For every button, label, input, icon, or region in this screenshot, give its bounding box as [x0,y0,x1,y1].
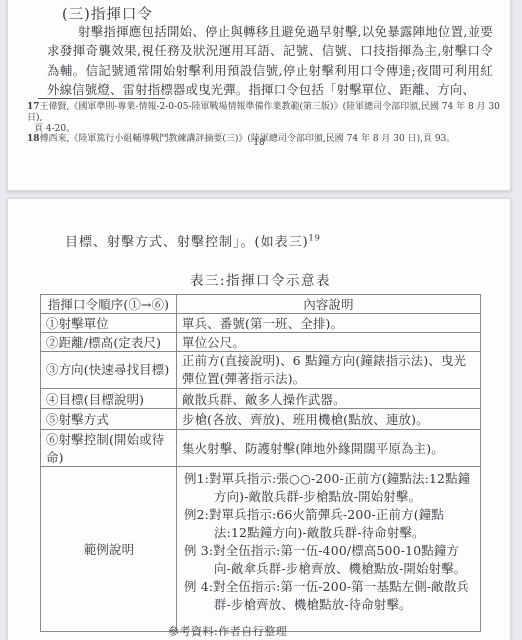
example-3: 例 3:對全伍指示:第一伍-400/標高500-10點鐘方向-敵傘兵群-步槍齊放… [184,542,476,578]
cell-order-4: ④目標(目標說明) [41,389,177,409]
command-sequence-table: 指揮口令順序(①→⑥) 內容說明 ①射擊單位 單兵、番號(第一班、全排)。 ②距… [40,294,481,632]
cell-desc-1: 單兵、番號(第一班、全排)。 [177,314,481,333]
cell-desc-6: 集火射擊、防護射擊(陣地外緣開闊平原為主)。 [177,430,481,467]
example-4: 例 4:對全伍指示:第一伍-200-第一基點左側-敵散兵群-步槍齊放、機槍點放-… [184,578,476,614]
footnote-17: 17王偉賢,《國軍準則-專業-情報-2-0-05-陸軍戰場情報準備作業教範(第三… [27,102,511,124]
cell-order-5: ⑤射擊方式 [41,409,177,430]
cell-order-1: ①射擊單位 [41,314,177,333]
scanned-page-2: 目標、射擊方式、射擊控制」。(如表三)19 表三:指揮口令示意表 指揮口令順序(… [7,198,511,640]
table-title: 表三:指揮口令示意表 [40,269,481,289]
footnote-17-number: 17 [27,102,40,112]
table-source-note: 參考資料:作者自行整理 [168,623,287,639]
cell-desc-3: 正前方(直接說明)、6 點鐘方向(鐘錶指示法)、曳光彈位置(彈著指示法)。 [177,352,481,389]
examples-label: 範例說明 [41,467,177,632]
footnote-17-continuation: 頁 4-20。 [27,124,511,135]
footnote-17-text: 王偉賢,《國軍準則-專業-情報-2-0-05-陸軍戰場情報準備作業教範(第三版)… [27,102,500,123]
body-text-continuation: 目標、射擊方式、射擊控制」。(如表三)19 [65,231,321,250]
example-2: 例2:對單兵指示:66火箭彈兵-200-正前方(鐘點法:12點鐘方向)-敵散兵群… [184,506,476,542]
header-cell-order: 指揮口令順序(①→⑥) [41,295,177,314]
cell-desc-4: 敵散兵群、敵多人操作武器。 [177,389,481,409]
example-1: 例1:對單兵指示:張○○-200-正前方(鐘點法:12點鐘方向)-敵散兵群-步槍… [184,470,476,506]
page-number: 18 [8,138,510,148]
cell-order-2: ②距離/標高(定表尺) [41,333,177,352]
footnote-reference-19: 19 [309,234,321,243]
document-scan-view: (三)指揮口令 射擊指揮應包括開始、停止與轉移且避免過早射擊,以免暴露陣地位置,… [0,0,522,640]
header-cell-description: 內容說明 [177,295,481,314]
cell-order-6: ⑥射擊控制(開始或待命) [41,430,177,467]
intro-text: 目標、射擊方式、射擊控制」。(如表三) [65,235,309,250]
cell-desc-2: 單位公尺。 [177,333,481,352]
body-paragraph: 射擊指揮應包括開始、停止與轉移且避免過早射擊,以免暴露陣地位置,並要求發揮奇襲效… [47,22,493,99]
cell-desc-5: 步槍(各放、齊放)、班用機槍(點放、連放)。 [177,409,481,430]
cell-order-3: ③方向(快速尋找目標) [41,352,177,389]
footnote-separator-rule [38,98,165,99]
examples-cell: 例1:對單兵指示:張○○-200-正前方(鐘點法:12點鐘方向)-敵散兵群-步槍… [177,467,481,632]
section-heading: (三)指揮口令 [62,3,153,24]
scanned-page-1: (三)指揮口令 射擊指揮應包括開始、停止與轉移且避免過早射擊,以免暴露陣地位置,… [7,0,511,191]
